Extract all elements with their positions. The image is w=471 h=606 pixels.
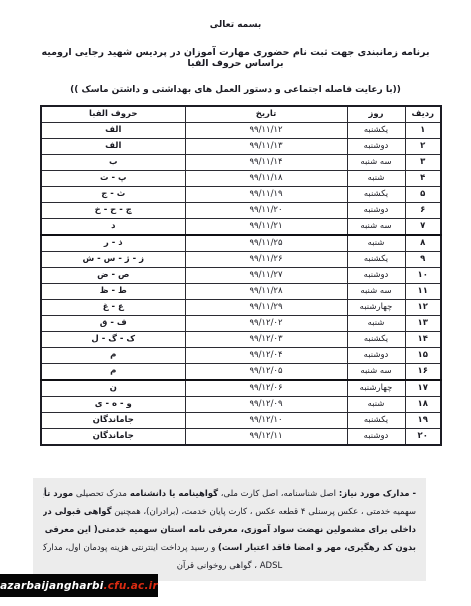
table-row: ۱۲چهارشنبه۹۹/۱۱/۲۹ع - غ: [41, 300, 441, 316]
note-text-segment: داخلی برای مشمولین نهضت سواد آموزی، معرف…: [43, 525, 416, 535]
row-number-cell: ۱۹: [405, 413, 441, 429]
table-row: ۱۶سه شنبه۹۹/۱۲/۰۵م: [41, 364, 441, 381]
note-line: داخلی برای مشمولین نهضت سواد آموزی، معرف…: [43, 521, 416, 539]
date-cell: ۹۹/۱۱/۲۱: [185, 219, 347, 236]
row-number-cell: ۷: [405, 219, 441, 236]
date-cell: ۹۹/۱۱/۲۰: [185, 203, 347, 219]
date-cell: ۹۹/۱۱/۲۶: [185, 252, 347, 268]
day-cell: چهارشنبه: [347, 300, 405, 316]
date-cell: ۹۹/۱۱/۲۷: [185, 268, 347, 284]
letters-cell: ص - ض: [41, 268, 185, 284]
note-text-segment: و رسید پرداخت اینترنتی هزینه پودمان اول،…: [43, 543, 218, 553]
day-cell: دوشنبه: [347, 429, 405, 446]
letters-cell: ط - ظ: [41, 284, 185, 300]
header-row-number: ردیف: [405, 106, 441, 123]
day-cell: یکشنبه: [347, 252, 405, 268]
note-text-segment: مدارک مورد نیاز:: [336, 489, 410, 499]
table-row: ۹یکشنبه۹۹/۱۱/۲۶ز - ژ - س - ش: [41, 252, 441, 268]
day-cell: یکشنبه: [347, 332, 405, 348]
letters-cell: جاماندگان: [41, 413, 185, 429]
day-cell: یکشنبه: [347, 413, 405, 429]
letters-cell: الف: [41, 139, 185, 155]
table-row: ۵یکشنبه۹۹/۱۱/۱۹ث - ج: [41, 187, 441, 203]
note-text-segment: گواهی قبولی در آزمون: [43, 507, 112, 517]
date-cell: ۹۹/۱۲/۰۵: [185, 364, 347, 381]
day-cell: سه شنبه: [347, 284, 405, 300]
letters-cell: ذ - ر: [41, 235, 185, 252]
date-cell: ۹۹/۱۲/۱۰: [185, 413, 347, 429]
schedule-rows: ۱یکشنبه۹۹/۱۱/۱۲الف۲دوشنبه۹۹/۱۱/۱۳الف۳سه …: [41, 123, 441, 446]
row-number-cell: ۲۰: [405, 429, 441, 446]
day-cell: دوشنبه: [347, 139, 405, 155]
schedule-table: ردیف روز تاریخ حروف الفبا ۱یکشنبه۹۹/۱۱/۱…: [40, 105, 442, 446]
table-row: ۱۱سه شنبه۹۹/۱۱/۲۸ط - ظ: [41, 284, 441, 300]
note-text-segment: گواهینامه یا دانشنامه: [127, 489, 218, 499]
table-row: ۱۳شنبه۹۹/۱۲/۰۲ف - ق: [41, 316, 441, 332]
header-alphabet-letters: حروف الفبا: [41, 106, 185, 123]
table-row: ۷سه شنبه۹۹/۱۱/۲۱د: [41, 219, 441, 236]
day-cell: یکشنبه: [347, 187, 405, 203]
page-subtitle: ((با رعایت فاصله اجتماعی و دستور العمل ه…: [0, 85, 471, 95]
header-date: تاریخ: [185, 106, 347, 123]
letters-cell: ع - غ: [41, 300, 185, 316]
table-row: ۱۸شنبه۹۹/۱۲/۰۹و - ه - ی: [41, 397, 441, 413]
letters-cell: ب: [41, 155, 185, 171]
date-cell: ۹۹/۱۲/۰۹: [185, 397, 347, 413]
letters-cell: ف - ق: [41, 316, 185, 332]
date-cell: ۹۹/۱۱/۲۹: [185, 300, 347, 316]
row-number-cell: ۱۸: [405, 397, 441, 413]
date-cell: ۹۹/۱۲/۱۱: [185, 429, 347, 446]
row-number-cell: ۱۷: [405, 380, 441, 397]
day-cell: یکشنبه: [347, 123, 405, 139]
page-title: برنامه زمانبندی جهت ثبت نام حضوری مهارت …: [0, 47, 471, 69]
day-cell: شنبه: [347, 397, 405, 413]
letters-cell: ز - ژ - س - ش: [41, 252, 185, 268]
note-line: سهمیه خدمتی ، عکس پرسنلی ۴ قطعه عکس ، کا…: [43, 503, 416, 521]
letters-cell: پ - ت: [41, 171, 185, 187]
website-banner: azarbaijangharbi.cfu.ac.ir: [0, 574, 158, 597]
date-cell: ۹۹/۱۲/۰۴: [185, 348, 347, 364]
table-row: ۳سه شنبه۹۹/۱۱/۱۴ب: [41, 155, 441, 171]
letters-cell: م: [41, 348, 185, 364]
note-line: ADSL ، گواهی روخوانی قرآن: [43, 557, 416, 575]
date-cell: ۹۹/۱۱/۱۳: [185, 139, 347, 155]
note-line: بدون کد رهگیری، مهر و امضا فاقد اعتبار ا…: [43, 539, 416, 557]
row-number-cell: ۱: [405, 123, 441, 139]
table-row: ۱۰دوشنبه۹۹/۱۱/۲۷ص - ض: [41, 268, 441, 284]
letters-cell: م: [41, 364, 185, 381]
row-number-cell: ۱۴: [405, 332, 441, 348]
table-row: ۲۰دوشنبه۹۹/۱۲/۱۱جاماندگان: [41, 429, 441, 446]
note-text-segment: اصل شناسنامه، اصل کارت ملی،: [218, 489, 336, 499]
date-cell: ۹۹/۱۱/۲۸: [185, 284, 347, 300]
letters-cell: د: [41, 219, 185, 236]
date-cell: ۹۹/۱۱/۲۵: [185, 235, 347, 252]
row-number-cell: ۱۱: [405, 284, 441, 300]
row-number-cell: ۱۵: [405, 348, 441, 364]
row-number-cell: ۱۳: [405, 316, 441, 332]
letters-cell: چ - ح - خ: [41, 203, 185, 219]
date-cell: ۹۹/۱۲/۰۳: [185, 332, 347, 348]
website-domain: .cfu.ac.ir: [104, 580, 158, 592]
day-cell: دوشنبه: [347, 268, 405, 284]
table-row: ۱۵دوشنبه۹۹/۱۲/۰۴م: [41, 348, 441, 364]
document-header: بسمه تعالی برنامه زمانبندی جهت ثبت نام ح…: [0, 0, 471, 95]
table-row: ۱۷چهارشنبه۹۹/۱۲/۰۶ن: [41, 380, 441, 397]
day-cell: شنبه: [347, 235, 405, 252]
row-number-cell: ۲: [405, 139, 441, 155]
note-text-segment: مورد تأیید استان: [43, 489, 73, 499]
note-line: - مدارک مورد نیاز: اصل شناسنامه، اصل کار…: [43, 485, 416, 503]
table-row: ۱یکشنبه۹۹/۱۱/۱۲الف: [41, 123, 441, 139]
letters-cell: و - ه - ی: [41, 397, 185, 413]
table-row: ۲دوشنبه۹۹/۱۱/۱۳الف: [41, 139, 441, 155]
day-cell: سه شنبه: [347, 364, 405, 381]
date-cell: ۹۹/۱۱/۱۴: [185, 155, 347, 171]
note-text-segment: مدرک تحصیلی: [73, 489, 127, 499]
table-row: ۱۴یکشنبه۹۹/۱۲/۰۳ک - گ - ل: [41, 332, 441, 348]
note-text-segment: -: [410, 489, 417, 499]
letters-cell: ث - ج: [41, 187, 185, 203]
note-text-segment: ADSL ، گواهی روخوانی قرآن: [177, 561, 282, 571]
header-day: روز: [347, 106, 405, 123]
date-cell: ۹۹/۱۲/۰۶: [185, 380, 347, 397]
row-number-cell: ۳: [405, 155, 441, 171]
letters-cell: ک - گ - ل: [41, 332, 185, 348]
table-row: ۱۹یکشنبه۹۹/۱۲/۱۰جاماندگان: [41, 413, 441, 429]
row-number-cell: ۸: [405, 235, 441, 252]
website-name: azarbaijangharbi: [0, 580, 103, 592]
required-documents-note: - مدارک مورد نیاز: اصل شناسنامه، اصل کار…: [33, 478, 426, 581]
row-number-cell: ۴: [405, 171, 441, 187]
note-text-segment: سهمیه خدمتی ، عکس پرسنلی ۴ قطعه عکس ، کا…: [112, 507, 416, 517]
day-cell: دوشنبه: [347, 348, 405, 364]
day-cell: دوشنبه: [347, 203, 405, 219]
row-number-cell: ۱۰: [405, 268, 441, 284]
table-row: ۶دوشنبه۹۹/۱۱/۲۰چ - ح - خ: [41, 203, 441, 219]
date-cell: ۹۹/۱۱/۱۹: [185, 187, 347, 203]
bismillah-text: بسمه تعالی: [0, 20, 471, 30]
day-cell: شنبه: [347, 171, 405, 187]
table-row: ۸شنبه۹۹/۱۱/۲۵ذ - ر: [41, 235, 441, 252]
note-text-segment: بدون کد رهگیری، مهر و امضا فاقد اعتبار ا…: [218, 543, 416, 553]
day-cell: شنبه: [347, 316, 405, 332]
row-number-cell: ۵: [405, 187, 441, 203]
table-row: ۴شنبه۹۹/۱۱/۱۸پ - ت: [41, 171, 441, 187]
day-cell: سه شنبه: [347, 155, 405, 171]
row-number-cell: ۹: [405, 252, 441, 268]
day-cell: سه شنبه: [347, 219, 405, 236]
date-cell: ۹۹/۱۱/۱۲: [185, 123, 347, 139]
day-cell: چهارشنبه: [347, 380, 405, 397]
letters-cell: الف: [41, 123, 185, 139]
letters-cell: ن: [41, 380, 185, 397]
date-cell: ۹۹/۱۲/۰۲: [185, 316, 347, 332]
letters-cell: جاماندگان: [41, 429, 185, 446]
row-number-cell: ۱۶: [405, 364, 441, 381]
table-header-row: ردیف روز تاریخ حروف الفبا: [41, 106, 441, 123]
row-number-cell: ۶: [405, 203, 441, 219]
row-number-cell: ۱۲: [405, 300, 441, 316]
date-cell: ۹۹/۱۱/۱۸: [185, 171, 347, 187]
